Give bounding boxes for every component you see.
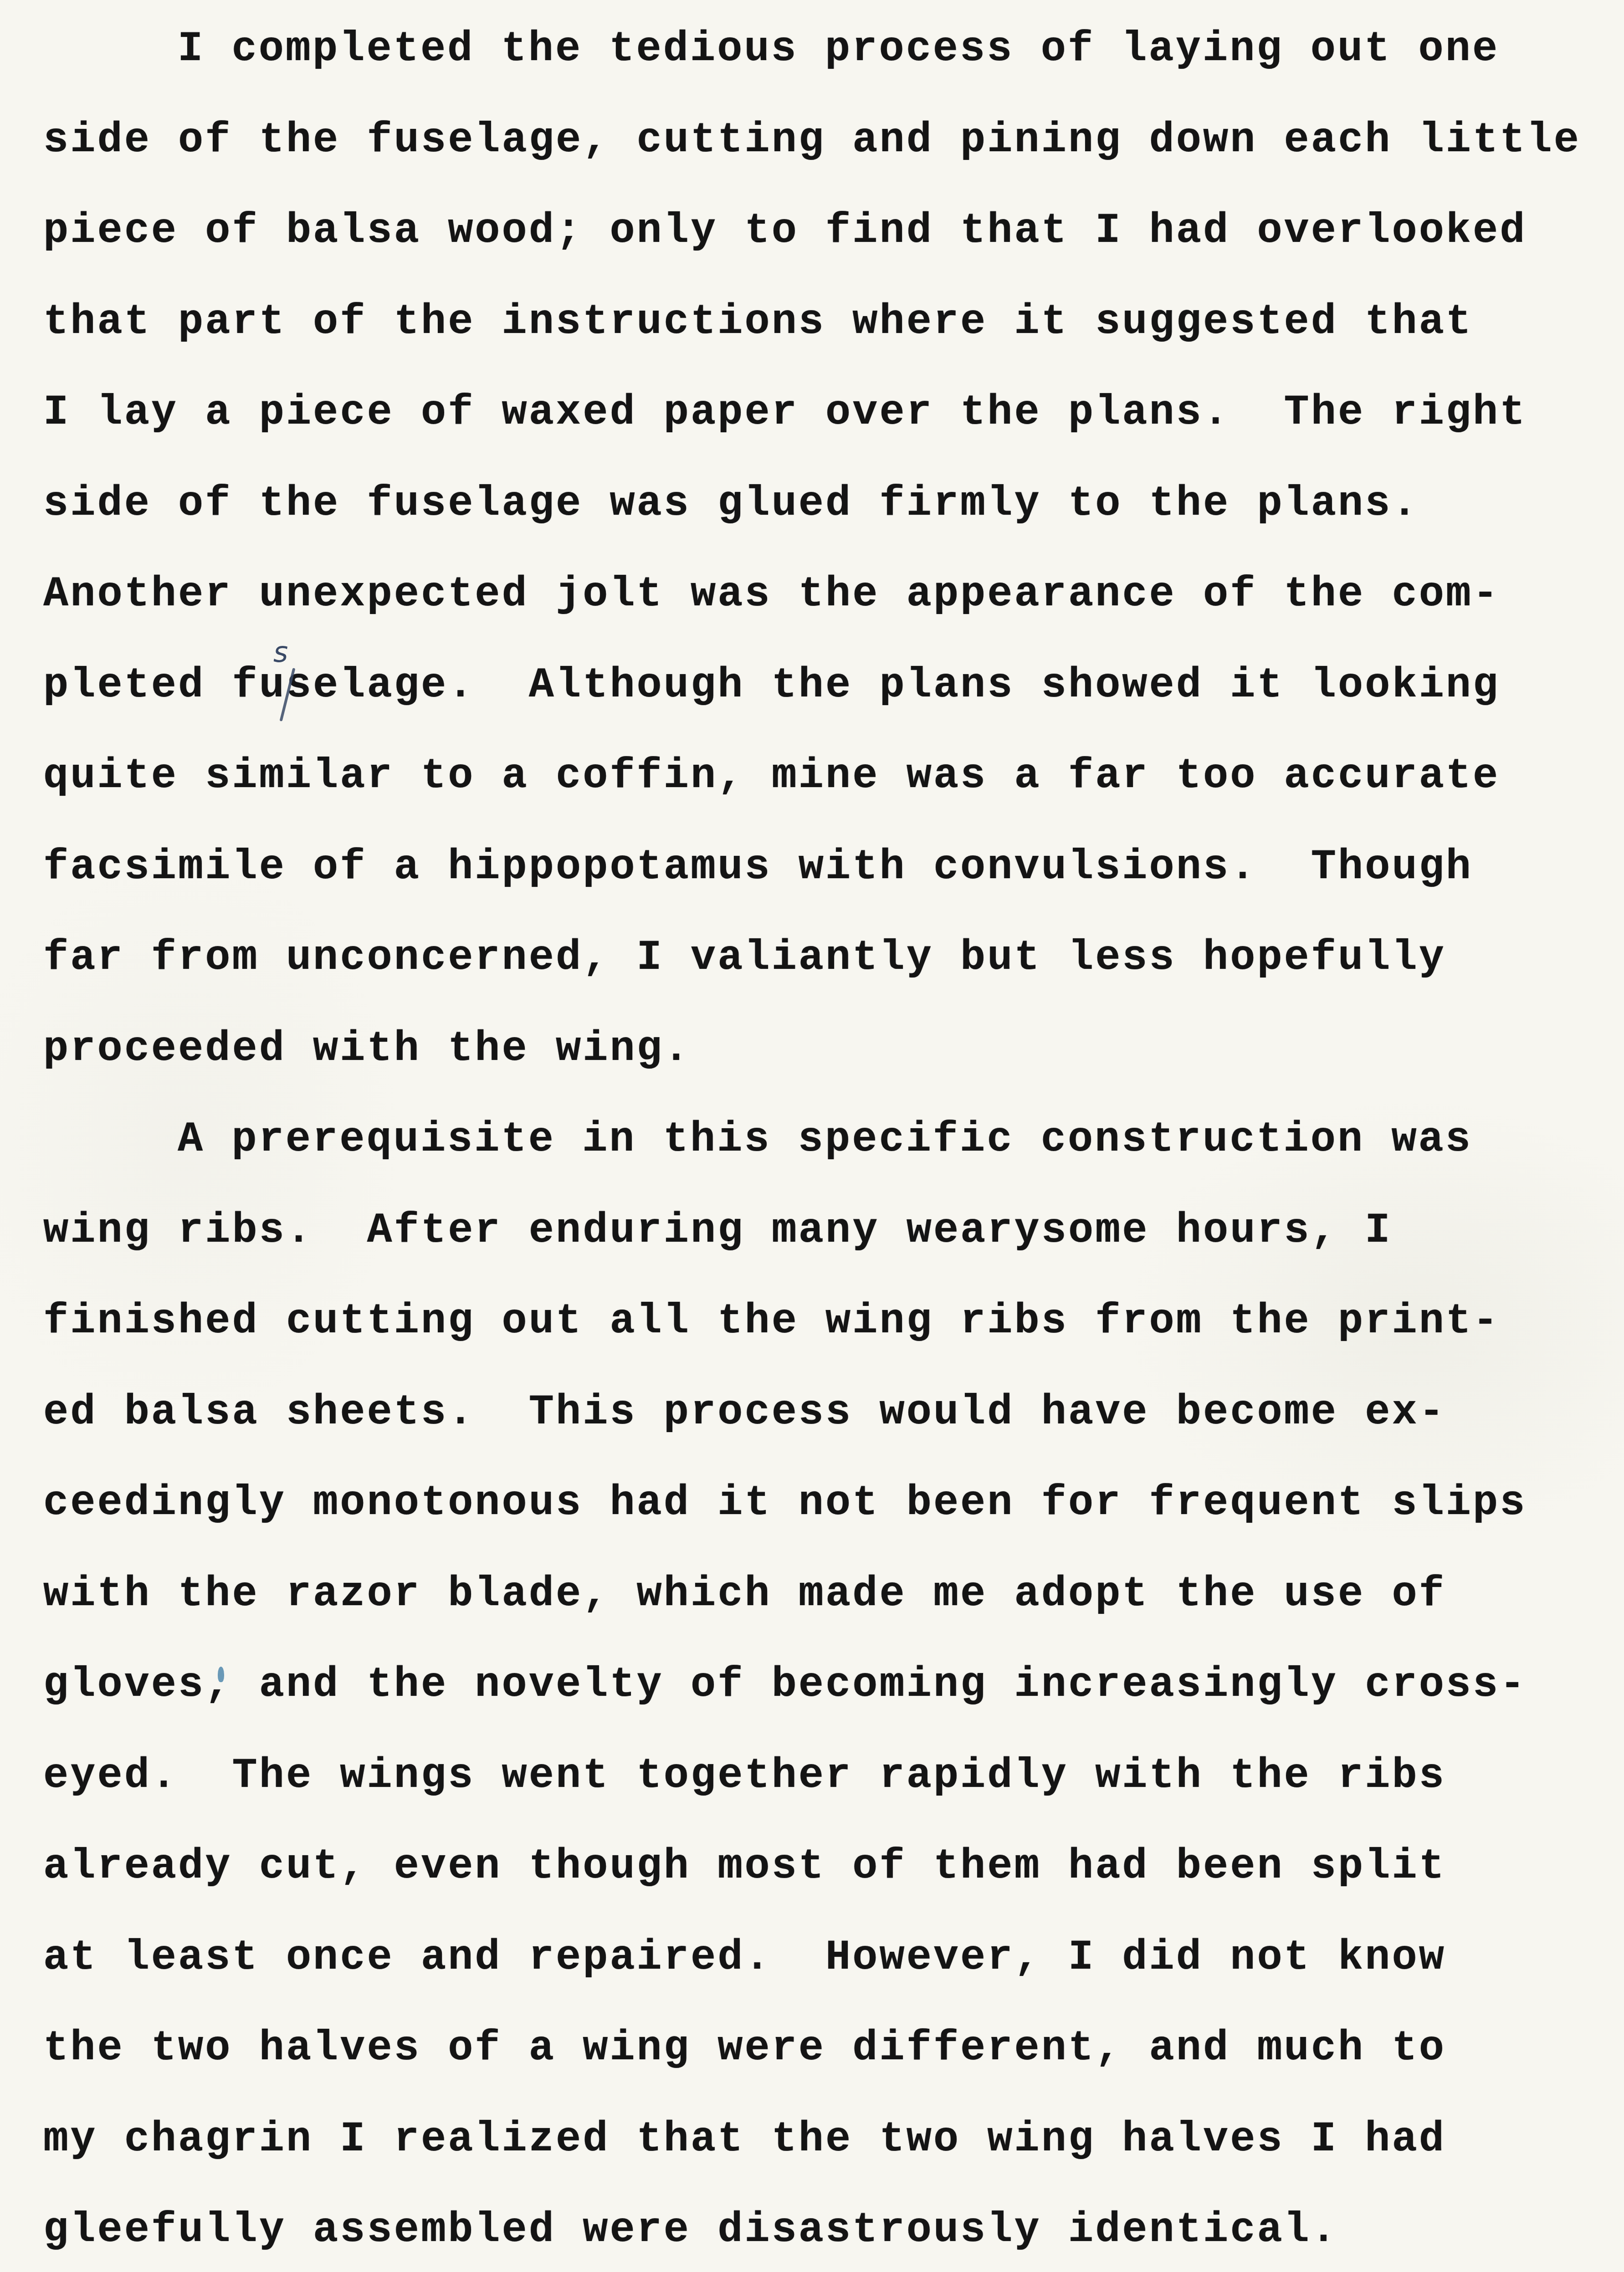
text-line: gloves, and the novelty of becoming incr… [43,1662,1527,1708]
ink-mark [218,1667,224,1682]
text-line: already cut, even though most of them ha… [43,1844,1446,1889]
text-line: with the razor blade, which made me adop… [43,1571,1446,1617]
text-line: eyed. The wings went together rapidly wi… [43,1753,1446,1799]
text-line: ed balsa sheets. This process would have… [43,1390,1446,1435]
text-line: side of the fuselage was glued firmly to… [43,481,1419,527]
text-line: pleted fuselage. Although the plans show… [43,663,1500,708]
text-line: side of the fuselage, cutting and pining… [43,118,1581,163]
text-line: my chagrin I realized that the two wing … [43,2117,1446,2162]
handwritten-correction: s [273,635,288,669]
text-line: proceeded with the wing. [43,1026,691,1072]
text-line: A prerequisite in this specific construc… [178,1117,1472,1162]
text-line: ceedingly monotonous had it not been for… [43,1480,1527,1526]
text-line: I completed the tedious process of layin… [178,26,1499,72]
text-line: facsimile of a hippopotamus with convuls… [43,844,1473,890]
text-line: piece of balsa wood; only to find that I… [43,208,1527,254]
text-line: far from unconcerned, I valiantly but le… [43,935,1446,981]
text-line: at least once and repaired. However, I d… [43,1935,1446,1980]
text-line: gleefully assembled were disastrously id… [43,2207,1338,2253]
text-line: quite similar to a coffin, mine was a fa… [43,753,1500,799]
text-line: the two halves of a wing were different,… [43,2026,1446,2071]
text-line: finished cutting out all the wing ribs f… [43,1299,1500,1344]
typewritten-page: I completed the tedious process of layin… [0,0,1624,2272]
text-line: I lay a piece of waxed paper over the pl… [43,390,1527,435]
text-line: Another unexpected jolt was the appearan… [43,572,1500,617]
text-line: that part of the instructions where it s… [43,299,1473,345]
text-line: wing ribs. After enduring many wearysome… [43,1208,1392,1254]
